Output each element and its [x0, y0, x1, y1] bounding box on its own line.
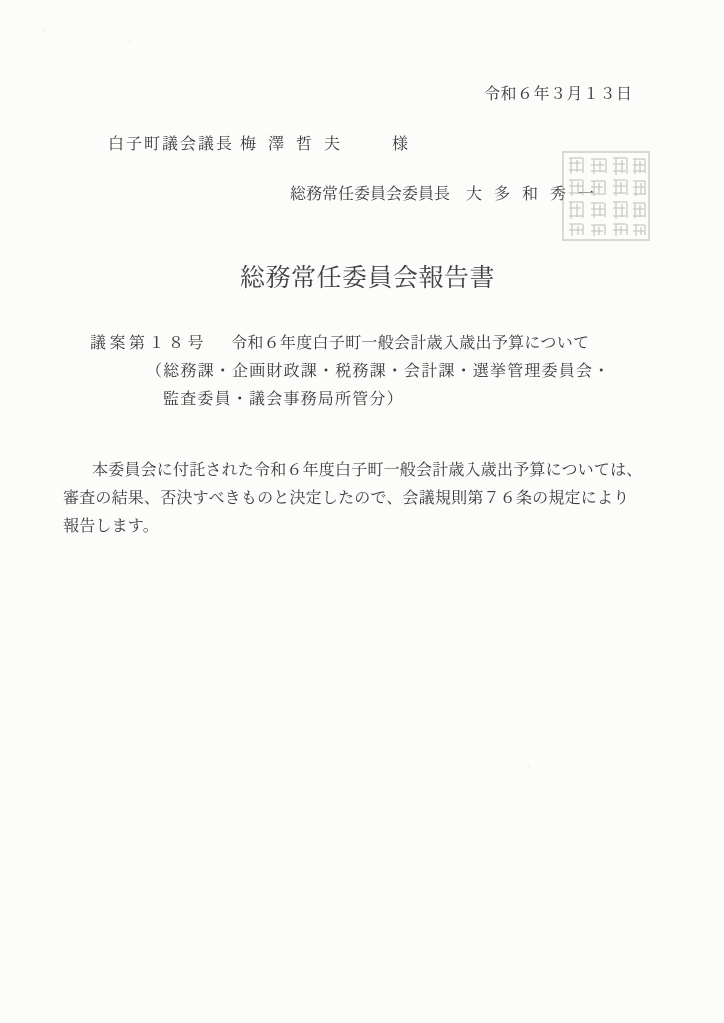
- addressee-title: 白子町議会議長: [108, 136, 234, 153]
- body-line-1: 本委員会に付託された令和６年度白子町一般会計歳入歳出予算については、: [63, 457, 642, 485]
- case-subject: 令和６年度白子町一般会計歳入歳出予算について: [231, 335, 589, 352]
- body-line-2: 審査の結果、否決すべきものと決定したので、会議規則第７６条の規定により: [63, 485, 642, 513]
- addressee-line: 白子町議会議長 梅 澤 哲 夫 様: [108, 136, 408, 154]
- scanned-document-page: 令和６年３月１３日 白子町議会議長 梅 澤 哲 夫 様 総務常任委員会委員長 大…: [0, 0, 724, 1023]
- document-date: 令和６年３月１３日: [484, 86, 633, 104]
- body-paragraph: 本委員会に付託された令和６年度白子町一般会計歳入歳出予算については、 審査の結果…: [63, 457, 642, 541]
- addressee-name: 梅 澤 哲 夫: [240, 136, 344, 153]
- addressee-honorific: 様: [392, 136, 408, 153]
- date-text: 令和６年３月１３日: [484, 86, 633, 103]
- case-scope-line-1: （総務課・企画財政課・税務課・会計課・選挙管理委員会・: [146, 363, 610, 381]
- body-line-3: 報告します。: [63, 513, 642, 541]
- sender-title: 総務常任委員会委員長: [290, 186, 450, 203]
- case-line: 議案第１８号 令和６年度白子町一般会計歳入歳出予算について: [90, 335, 589, 353]
- case-number: 議案第１８号: [90, 335, 207, 352]
- document-title-text: 総務常任委員会報告書: [240, 265, 495, 292]
- case-scope-line-2: 監査委員・議会事務局所管分）: [163, 391, 404, 409]
- document-title: 総務常任委員会報告書: [240, 265, 495, 294]
- sender-line: 総務常任委員会委員長 大 多 和 秀 一: [290, 186, 598, 204]
- chairman-seal-stamp-icon: [561, 150, 651, 242]
